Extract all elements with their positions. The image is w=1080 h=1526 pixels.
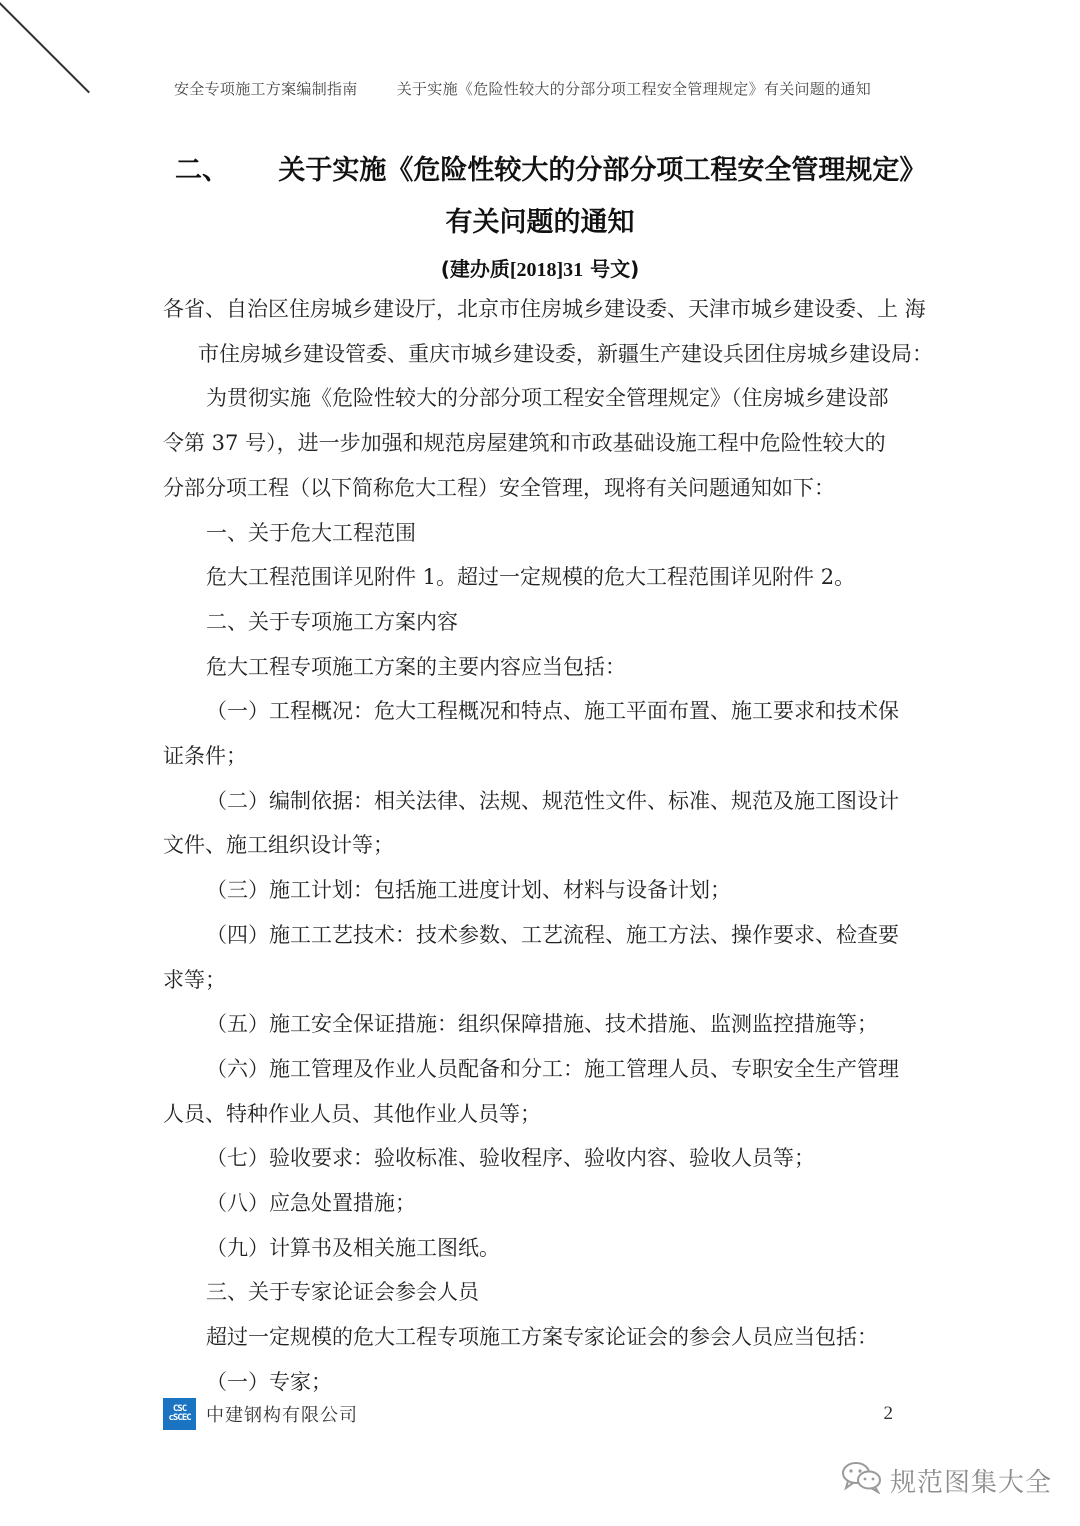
page-footer: CSC cSCEC 中建钢构有限公司 2: [163, 1398, 893, 1430]
paragraph-line: 证条件；: [163, 734, 923, 779]
doc-number-suffix: 号文): [583, 257, 639, 281]
header-notice-title: 关于实施《危险性较大的分部分项工程安全管理规定》有关问题的通知: [397, 80, 871, 98]
corner-fold-line: [0, 0, 90, 93]
paragraph-line: 三、关于专家论证会参会人员: [163, 1270, 923, 1315]
paragraph-line: （三）施工计划：包括施工进度计划、材料与设备计划；: [163, 868, 923, 913]
paragraph-line: （八）应急处置措施；: [163, 1181, 923, 1226]
page-title-line2: 有关问题的通知: [0, 200, 1080, 239]
page-number: 2: [884, 1403, 894, 1425]
paragraph-line: 文件、施工组织设计等；: [163, 823, 923, 868]
header-guide-title: 安全专项施工方案编制指南: [174, 80, 358, 98]
paragraph-line: 人员、特种作业人员、其他作业人员等；: [163, 1092, 923, 1137]
footer-company: CSC cSCEC 中建钢构有限公司: [163, 1398, 358, 1430]
addressee-line: 市住房城乡建设管委、重庆市城乡建设委，新疆生产建设兵团住房城乡建设局：: [163, 332, 923, 377]
paragraph-line: 超过一定规模的危大工程专项施工方案专家论证会的参会人员应当包括：: [163, 1315, 923, 1360]
doc-number-prefix: (建办质: [441, 257, 510, 281]
running-header: 安全专项施工方案编制指南 关于实施《危险性较大的分部分项工程安全管理规定》有关问…: [174, 78, 934, 99]
paragraph-line: （二）编制依据：相关法律、法规、规范性文件、标准、规范及施工图设计: [163, 779, 923, 824]
wechat-icon: [840, 1460, 890, 1501]
paragraph-line: （六）施工管理及作业人员配备和分工：施工管理人员、专职安全生产管理: [163, 1047, 923, 1092]
paragraph-line: （五）施工安全保证措施：组织保障措施、技术措施、监测监控措施等；: [163, 1002, 923, 1047]
watermark: 规范图集大全: [840, 1460, 1052, 1501]
doc-number-code: [2018]31: [510, 259, 583, 281]
title-text-1: 关于实施《危险性较大的分部分项工程安全管理规定》: [278, 155, 926, 186]
company-name: 中建钢构有限公司: [206, 1401, 358, 1427]
section-number: 二、: [175, 155, 229, 186]
paragraph-line: 为贯彻实施《危险性较大的分部分项工程安全管理规定》（住房城乡建设部: [163, 376, 923, 421]
paragraph-line: （九）计算书及相关施工图纸。: [163, 1226, 923, 1271]
watermark-text: 规范图集大全: [890, 1462, 1052, 1499]
document-number: (建办质[2018]31 号文): [0, 253, 1080, 282]
paragraph-line: 分部分项工程（以下简称危大工程）安全管理，现将有关问题通知如下：: [163, 466, 923, 511]
paragraph-line: 求等；: [163, 958, 923, 1003]
paragraph-line: （四）施工工艺技术：技术参数、工艺流程、施工方法、操作要求、检查要: [163, 913, 923, 958]
paragraph-line: （七）验收要求：验收标准、验收程序、验收内容、验收人员等；: [163, 1136, 923, 1181]
paragraph-line: （一）工程概况：危大工程概况和特点、施工平面布置、施工要求和技术保: [163, 689, 923, 734]
paragraph-line: 危大工程范围详见附件 1。超过一定规模的危大工程范围详见附件 2。: [163, 555, 923, 600]
document-body: 各省、自治区住房城乡建设厅，北京市住房城乡建设委、天津市城乡建设委、上 海 市住…: [163, 287, 923, 1405]
addressee-line: 各省、自治区住房城乡建设厅，北京市住房城乡建设委、天津市城乡建设委、上 海: [163, 287, 923, 332]
paragraph-list: 为贯彻实施《危险性较大的分部分项工程安全管理规定》（住房城乡建设部令第 37 号…: [163, 376, 923, 1404]
page-title-line1: 二、 关于实施《危险性较大的分部分项工程安全管理规定》: [175, 148, 926, 187]
paragraph-line: 危大工程专项施工方案的主要内容应当包括：: [163, 645, 923, 690]
paragraph-line: 一、关于危大工程范围: [163, 511, 923, 556]
paragraph-line: 令第 37 号），进一步加强和规范房屋建筑和市政基础设施工程中危险性较大的: [163, 421, 923, 466]
paragraph-line: 二、关于专项施工方案内容: [163, 600, 923, 645]
company-logo-icon: CSC cSCEC: [163, 1398, 196, 1430]
